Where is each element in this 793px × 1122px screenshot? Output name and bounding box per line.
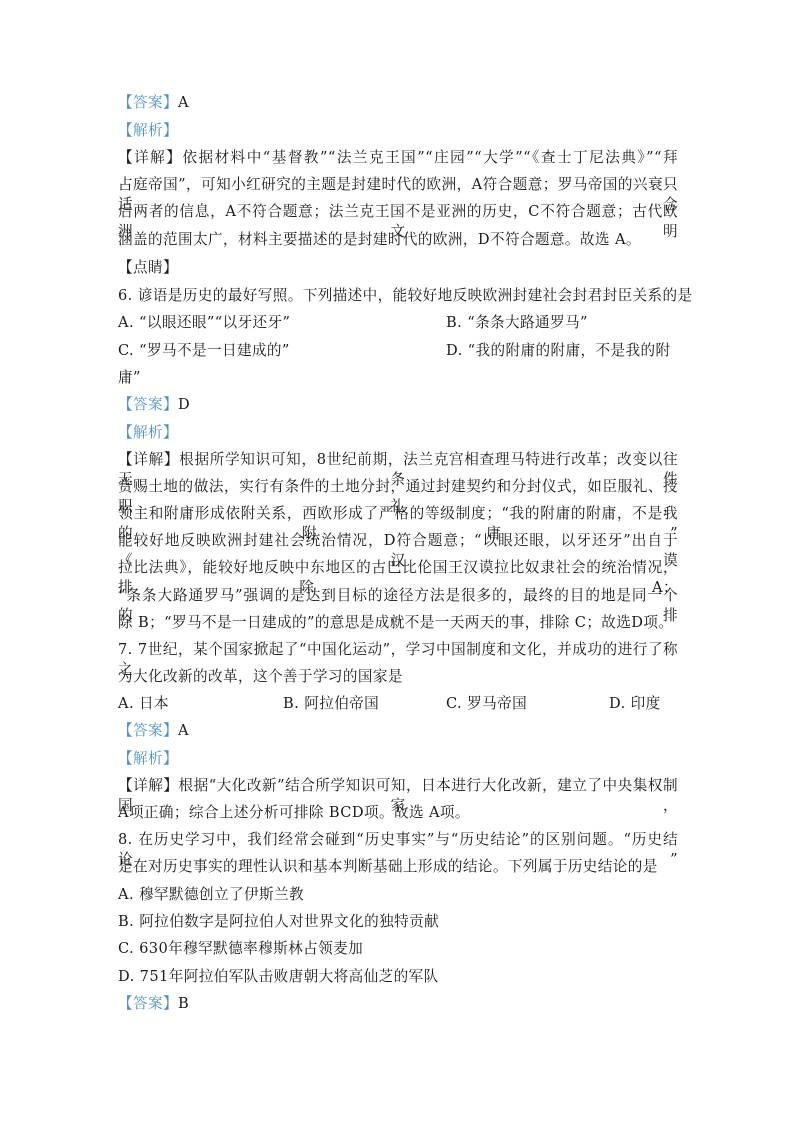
q7-analysis-heading: 【解析】	[118, 749, 678, 769]
q5-detail-line-4: 涵盖的范围太广，材料主要描述的是封建时代的欧洲，D不符合题意。故选 A。	[118, 230, 678, 250]
analysis-label: 【解析】	[118, 750, 178, 767]
answer-label: 【答案】	[118, 722, 178, 739]
answer-value: A	[178, 94, 189, 111]
answer-label: 【答案】	[118, 94, 178, 111]
q7-stem-line-2: 为大化改新的改革，这个善于学习的国家是	[118, 667, 678, 687]
q6-option-d: D. “我的附庸的附庸，不是我的附	[446, 341, 670, 361]
q7-detail-line-2: A项正确；综合上述分析可排除 BCD项。故选 A项。	[118, 803, 678, 823]
answer-label: 【答案】	[118, 396, 178, 413]
q6-analysis-heading: 【解析】	[118, 423, 678, 443]
answer-value: D	[178, 396, 190, 413]
q6-option-a: A. “以眼还眼”“以牙还牙”	[118, 313, 290, 333]
q6-option-d-continued: 庸”	[118, 368, 678, 388]
q8-answer-line: 【答案】B	[118, 994, 678, 1014]
q8-option-d: D. 751年阿拉伯军队击败唐朝大将高仙芝的军队	[118, 967, 439, 987]
q6-option-b: B. “条条大路通罗马”	[446, 313, 588, 333]
detail-label: 【详解】	[118, 149, 182, 166]
q7-option-b: B. 阿拉伯帝国	[283, 694, 379, 714]
q5-answer-line: 【答案】A	[118, 93, 678, 113]
q6-option-c: C. “罗马不是一日建成的”	[118, 341, 290, 361]
analysis-label: 【解析】	[118, 122, 178, 139]
analysis-label: 【解析】	[118, 424, 178, 441]
detail-label: 【详解】	[118, 451, 179, 468]
q5-analysis-heading: 【解析】	[118, 121, 678, 141]
document-page: 【答案】A 【解析】 【详解】依据材料中“基督教”“法兰克王国”“庄园”“大学”…	[0, 0, 793, 1122]
answer-label: 【答案】	[118, 995, 178, 1012]
answer-value: A	[178, 722, 189, 739]
q5-detail-line-1: 【详解】依据材料中“基督教”“法兰克王国”“庄园”“大学”“《查士丁尼法典》”“…	[118, 148, 678, 168]
q7-option-d: D. 印度	[609, 694, 661, 714]
q7-option-a: A. 日本	[118, 694, 169, 714]
q5-comment-heading: 【点睛】	[118, 258, 678, 278]
q7-option-c: C. 罗马帝国	[446, 694, 527, 714]
comment-label: 【点睛】	[118, 259, 178, 276]
q7-answer-line: 【答案】A	[118, 721, 678, 741]
q6-detail-line-7: 除 B；“罗马不是一日建成的”的意思是成就不是一天两天的事，排除 C；故选D项。	[118, 613, 678, 633]
q8-option-b: B. 阿拉伯数字是阿拉伯人对世界文化的独特贡献	[118, 912, 439, 932]
q8-option-c: C. 630年穆罕默德率穆斯林占领麦加	[118, 939, 363, 959]
q6-stem: 6. 谚语是历史的最好写照。下列描述中，能较好地反映欧洲封建社会封君封臣关系的是	[118, 286, 678, 306]
q8-option-a: A. 穆罕默德创立了伊斯兰教	[118, 885, 304, 905]
q6-answer-line: 【答案】D	[118, 395, 678, 415]
detail-label: 【详解】	[118, 777, 178, 794]
q8-stem-line-2: 是在对历史事实的理性认识和基本判断基础上形成的结论。下列属于历史结论的是	[118, 857, 678, 877]
answer-value: B	[178, 995, 189, 1012]
